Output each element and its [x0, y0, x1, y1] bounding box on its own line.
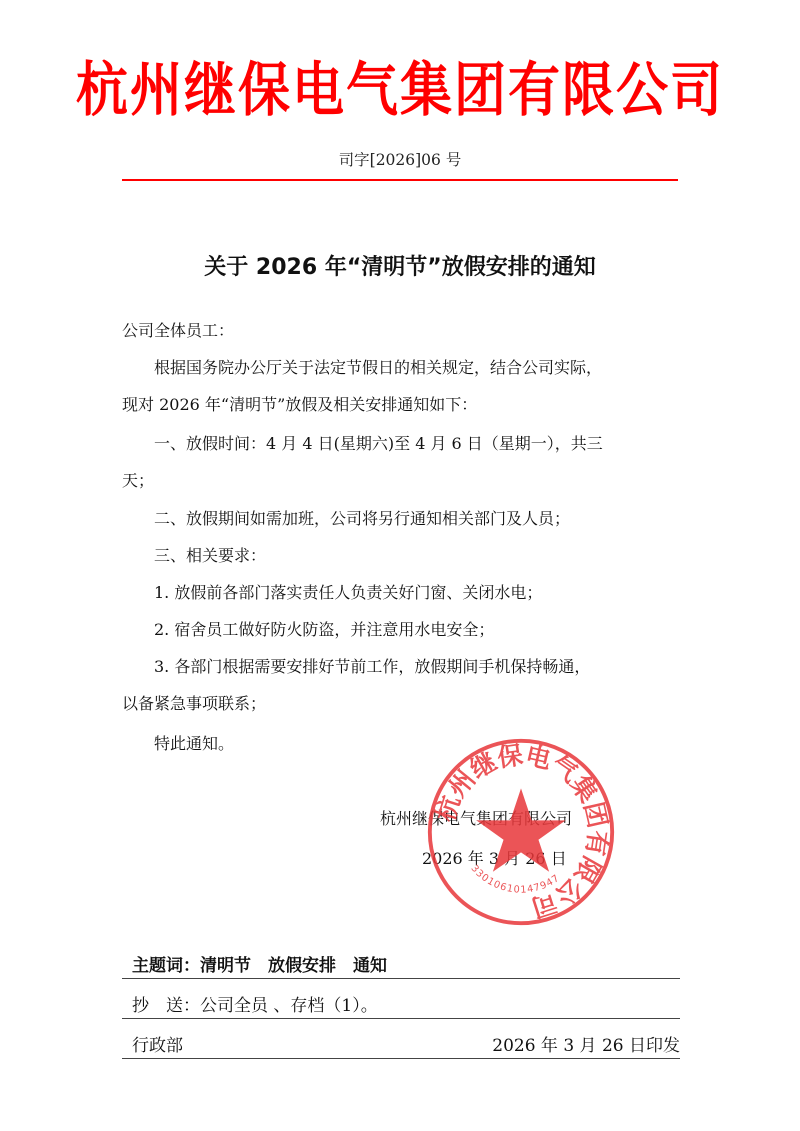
keywords-value: 清明节 放假安排 通知 [200, 951, 387, 976]
svg-text:杭州继保电气集团有限公司: 杭州继保电气集团有限公司 [431, 740, 613, 922]
signature-issuer: 杭州继保电气集团有限公司 [380, 806, 572, 829]
item-1-line-2: 天； [122, 462, 680, 499]
requirement-3-line-1: 3. 各部门根据需要安排好节前工作，放假期间手机保持畅通， [122, 648, 680, 685]
notice-title: 关于 2026 年“清明节”放假安排的通知 [0, 250, 800, 281]
item-2: 二、放假期间如需加班，公司将另行通知相关部门及人员； [122, 500, 680, 537]
cc-value: 公司全员 、存档（1）。 [200, 991, 378, 1016]
requirement-3-line-2: 以备紧急事项联系； [122, 685, 680, 722]
item-1-line-1: 一、放假时间：4 月 4 日(星期六)至 4 月 6 日（星期一），共三 [122, 425, 680, 462]
document-number: 司字[2026]06 号 [0, 148, 800, 170]
item-3: 三、相关要求： [122, 537, 680, 574]
issuing-department: 行政部 [132, 1031, 183, 1056]
intro-line-1: 根据国务院办公厅关于法定节假日的相关规定，结合公司实际， [122, 349, 680, 386]
cc-row: 抄 送： 公司全员 、存档（1）。 [122, 990, 680, 1019]
closing-line: 特此通知。 [122, 725, 680, 762]
intro-line-2: 现对 2026 年“清明节”放假及相关安排通知如下： [122, 386, 680, 423]
requirement-1: 1. 放假前各部门落实责任人负责关好门窗、关闭水电； [122, 574, 680, 611]
company-masthead: 杭州继保电气集团有限公司 [0, 52, 800, 130]
issuance-row: 行政部 2026 年 3 月 26 日印发 [122, 1030, 680, 1059]
issuance-date: 2026 年 3 月 26 日印发 [492, 1031, 680, 1056]
cc-label: 抄 送： [132, 991, 200, 1016]
signature-date: 2026 年 3 月 26 日 [422, 846, 567, 869]
red-divider [122, 179, 678, 181]
requirement-2: 2. 宿舍员工做好防火防盗，并注意用水电安全； [122, 611, 680, 648]
salutation: 公司全体员工： [122, 312, 680, 349]
official-seal-icon: 杭州继保电气集团有限公司 3301061014794​7 [424, 735, 618, 929]
keywords-label: 主题词： [132, 951, 200, 976]
keywords-row: 主题词： 清明节 放假安排 通知 [122, 950, 680, 979]
